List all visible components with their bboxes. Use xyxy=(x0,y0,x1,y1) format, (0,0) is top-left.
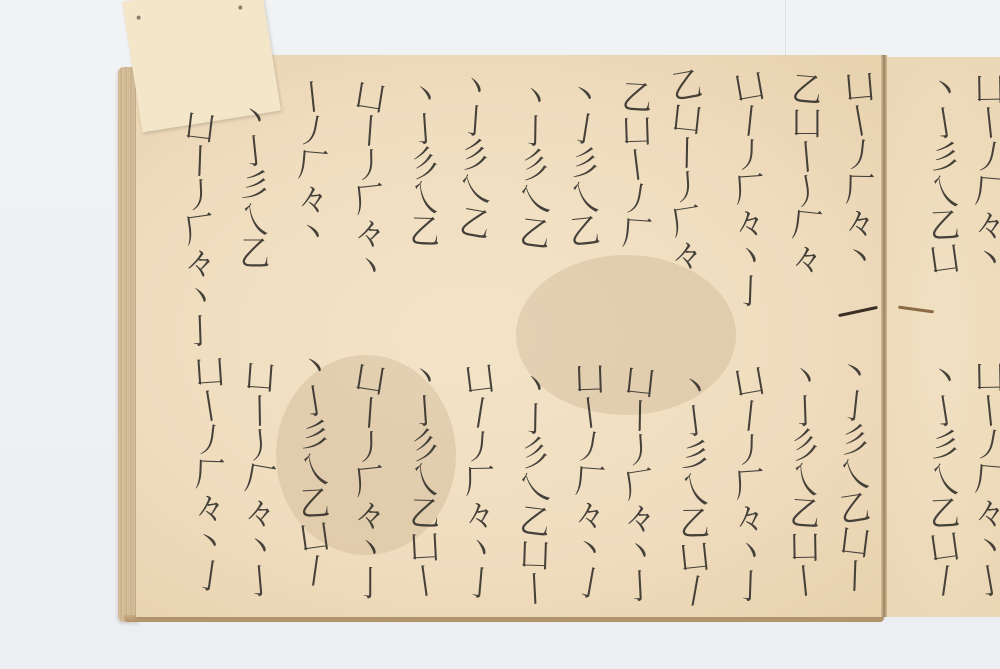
manuscript-column-upper: 乙凵丨丿厂々 xyxy=(792,72,822,276)
manuscript-column-lower: 凵丨丿厂々丶亅 xyxy=(625,365,655,603)
manuscript-column-right-page: 凵丨丿厂々丶亅 xyxy=(975,360,1000,598)
manuscript-column-lower: 凵丨丿厂々丶亅 xyxy=(245,360,275,598)
manuscript-column-upper: 丶亅彡乀乙 xyxy=(460,70,490,240)
manuscript-column-upper: 凵丨丿厂々丶亅 xyxy=(185,110,215,348)
manuscript-column-lower: 凵丨丿厂々丶亅 xyxy=(735,365,765,603)
brush-glyph: 亅 xyxy=(464,567,497,604)
manuscript-column-lower: 丶亅彡乀乙凵丨 xyxy=(410,360,440,598)
brush-glyph: 亅 xyxy=(193,559,228,597)
brush-glyph: 丨 xyxy=(788,564,821,601)
brush-glyph: 亅 xyxy=(734,570,765,606)
brush-glyph: 厂 xyxy=(621,217,653,254)
brush-glyph: 丶 xyxy=(354,251,387,288)
brush-glyph: 丨 xyxy=(839,560,870,596)
manuscript-column-right-page: 凵丨丿厂々丶 xyxy=(975,72,1000,276)
brush-glyph: 丨 xyxy=(519,573,551,609)
brush-glyph: 乙 xyxy=(409,215,440,251)
wormhole xyxy=(238,5,243,10)
brush-glyph: 丨 xyxy=(928,564,963,602)
brush-glyph: 々 xyxy=(792,243,823,278)
manuscript-column-right-page: 丶亅彡乀乙凵丨 xyxy=(930,360,960,598)
manuscript-column-lower: 丶亅彡乀乙凵丨 xyxy=(300,350,330,588)
backdrop-seam xyxy=(785,0,786,56)
brush-glyph: 亅 xyxy=(972,563,1000,602)
manuscript-column-upper: 乙凵丨丿厂々 xyxy=(672,68,702,272)
manuscript-column-upper: 丶亅彡乀乙 xyxy=(570,78,600,248)
brush-glyph: 丨 xyxy=(408,564,443,602)
brush-glyph: 乙 xyxy=(568,214,601,251)
manuscript-column-lower: 丶亅彡乀乙凵丨 xyxy=(840,355,870,593)
brush-glyph: 凵 xyxy=(928,242,963,280)
wormhole xyxy=(136,15,141,20)
brush-glyph: 丶 xyxy=(974,243,1000,280)
manuscript-column-upper: 丶亅彡乀乙 xyxy=(240,100,270,270)
brush-glyph: 亅 xyxy=(184,315,215,351)
manuscript-column-upper: 凵丨丿厂々丶亅 xyxy=(735,70,765,308)
manuscript-column-lower: 丶亅彡乀乙凵丨 xyxy=(790,360,820,598)
brush-glyph: 亅 xyxy=(355,568,385,603)
manuscript-column-lower: 丶亅彡乀乙凵丨 xyxy=(680,370,710,608)
manuscript-column-lower: 凵丨丿厂々丶亅 xyxy=(465,362,495,600)
brush-glyph: 丶 xyxy=(297,217,330,254)
brush-glyph: 丨 xyxy=(677,573,713,612)
brush-glyph: 亅 xyxy=(734,275,765,311)
manuscript-column-right-page: 丶亅彡乀乙凵 xyxy=(930,72,960,276)
brush-glyph: 亅 xyxy=(244,565,277,602)
manuscript-column-lower: 丶亅彡乀乙凵丨 xyxy=(520,368,550,606)
manuscript-column-lower: 凵丨丿厂々丶亅 xyxy=(575,362,605,600)
manuscript-column-lower: 凵丨丿厂々丶亅 xyxy=(355,362,385,600)
brush-glyph: 々 xyxy=(670,238,704,276)
manuscript-column-lower: 凵丨丿厂々丶亅 xyxy=(195,355,225,593)
brush-glyph: 丶 xyxy=(842,240,877,279)
manuscript-column-upper: 丶亅彡乀乙 xyxy=(520,80,550,250)
brush-glyph: 乙 xyxy=(457,205,493,244)
brush-glyph: 乙 xyxy=(240,238,270,273)
brush-glyph: 乙 xyxy=(518,216,552,254)
manuscript-column-upper: 乙凵丨丿厂 xyxy=(622,80,652,250)
manuscript-column-upper: 丶亅彡乀乙 xyxy=(410,78,440,248)
manuscript-column-upper: 凵丨丿厂々丶 xyxy=(845,70,875,274)
manuscript-column-upper: 丨丿厂々丶 xyxy=(298,80,328,250)
brush-glyph: 亅 xyxy=(572,565,608,604)
manuscript-column-upper: 凵丨丿厂々丶 xyxy=(355,80,385,284)
brush-glyph: 亅 xyxy=(624,570,656,606)
brush-glyph: 丨 xyxy=(298,554,333,592)
